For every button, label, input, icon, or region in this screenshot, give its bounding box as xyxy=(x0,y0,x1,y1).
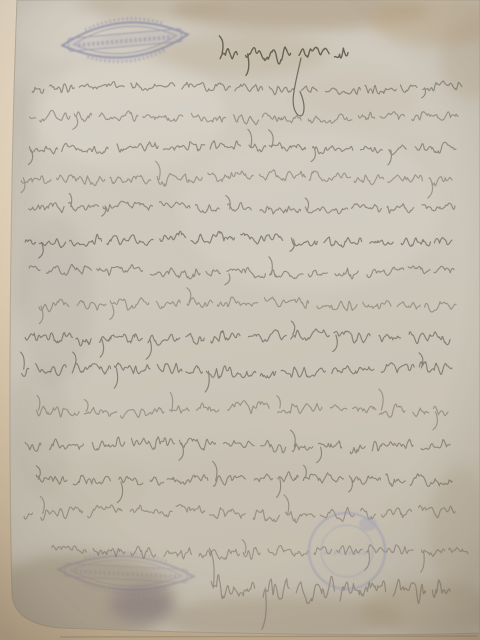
photo-vignette xyxy=(0,0,480,640)
photo-frame xyxy=(0,0,480,640)
manuscript-photo xyxy=(0,0,480,640)
